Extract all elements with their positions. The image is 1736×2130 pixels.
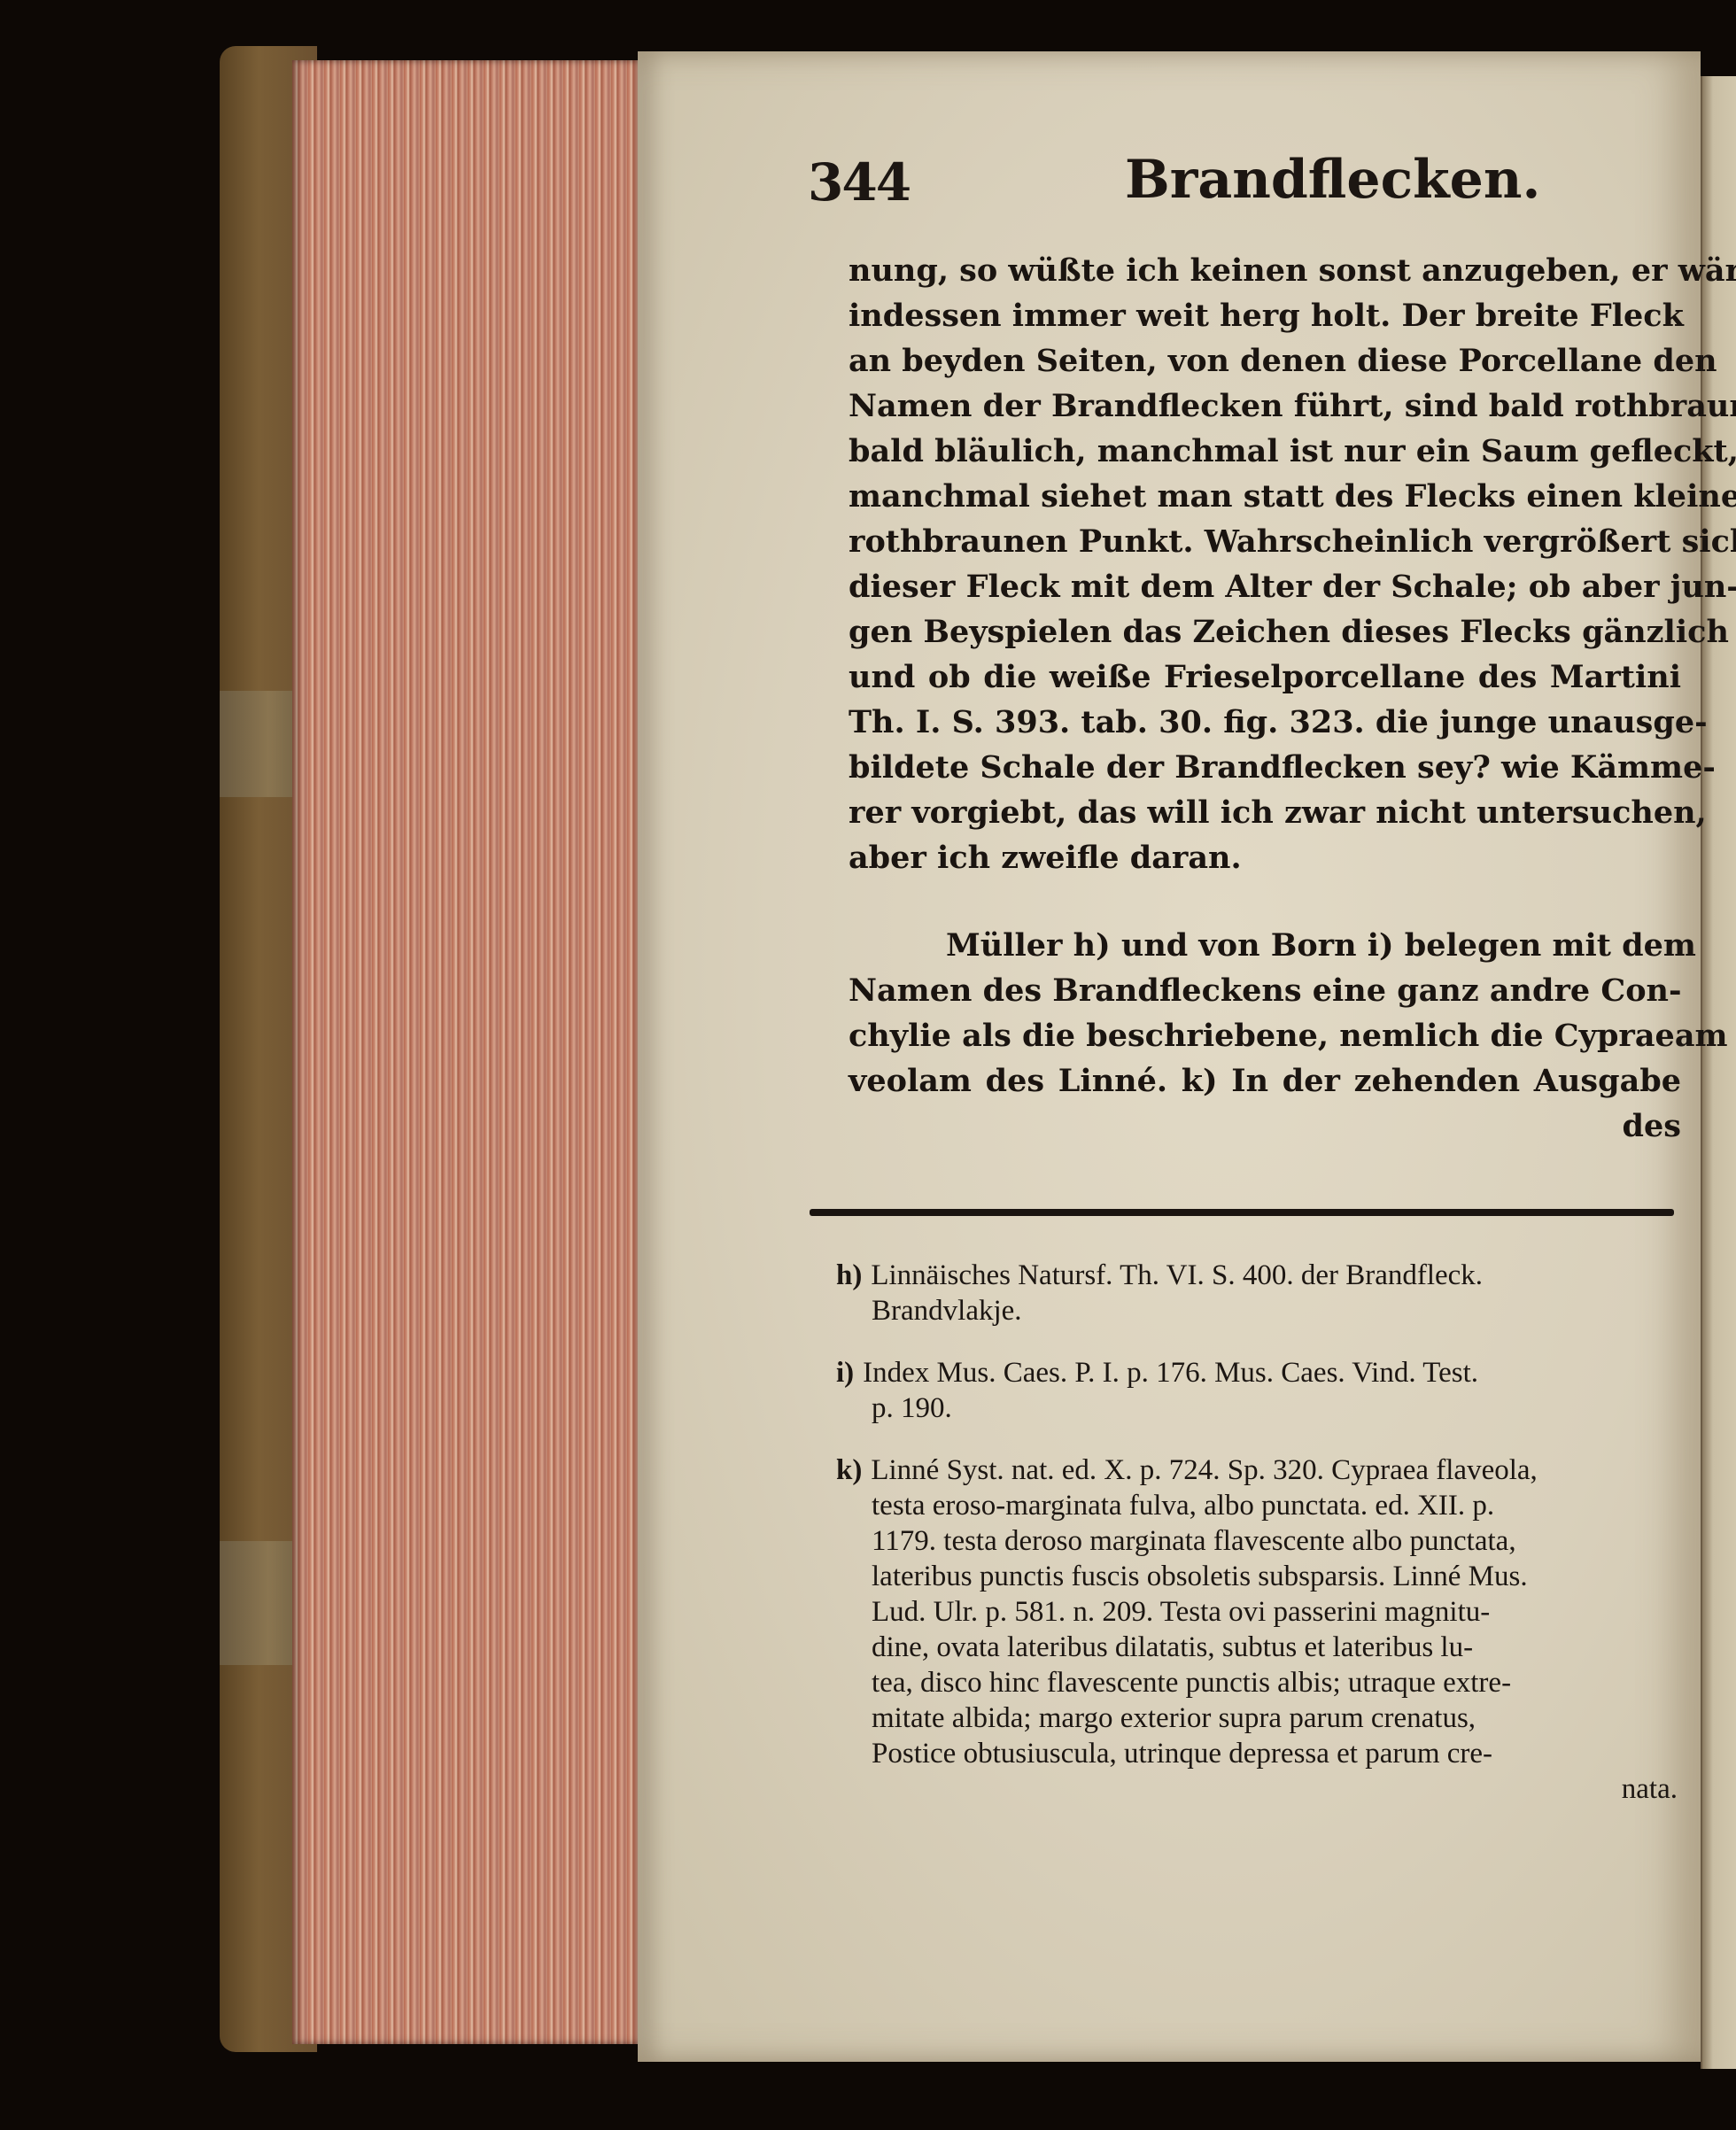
footnote-rule — [810, 1209, 1674, 1216]
text-line: aber ich zweifle daran. — [849, 835, 1681, 880]
body-paragraph-2: Müller h) und von Born i) belegen mit de… — [849, 923, 1681, 1149]
footnote-label: i) — [836, 1357, 854, 1389]
text-line: und ob die weiße Frieselporcellane des M… — [849, 654, 1681, 700]
page-edges — [292, 60, 639, 2044]
text-line: bald bläulich, manchmal ist nur ein Saum… — [849, 429, 1681, 474]
text-line: Müller h) und von Born i) belegen mit de… — [849, 923, 1681, 968]
footnote-text: Index Mus. Caes. P. I. p. 176. Mus. Caes… — [863, 1357, 1478, 1389]
text-line: bildete Schale der Brandflecken sey? wie… — [849, 745, 1681, 790]
text-line: rothbraunen Punkt. Wahrscheinlich vergrö… — [849, 519, 1681, 564]
footnote-k: k)Linné Syst. nat. ed. X. p. 724. Sp. 32… — [836, 1452, 1678, 1807]
running-head: Brandflecken. — [1125, 149, 1540, 211]
footnote-text: mitate albida; margo exterior supra paru… — [836, 1700, 1678, 1736]
footnote-text: dine, ovata lateribus dilatatis, subtus … — [836, 1630, 1678, 1665]
footnote-label: h) — [836, 1259, 862, 1291]
footnote-text: Linnäisches Natursf. Th. VI. S. 400. der… — [871, 1259, 1483, 1291]
text-line: an beyden Seiten, von denen diese Porcel… — [849, 338, 1681, 383]
text-line: Namen der Brandflecken führt, sind bald … — [849, 383, 1681, 429]
text-line: chylie als die beschriebene, nemlich die… — [849, 1013, 1681, 1058]
text-line: manchmal siehet man statt des Flecks ein… — [849, 474, 1681, 519]
page-number: 344 — [808, 152, 910, 213]
footnote-text: Postice obtusiuscula, utrinque depressa … — [836, 1736, 1678, 1771]
footnote-label: k) — [836, 1454, 862, 1486]
footnote-text: 1179. testa deroso marginata flavescente… — [836, 1523, 1678, 1559]
footnote-text: p. 190. — [836, 1390, 1678, 1426]
text-line: nung, so wüßte ich keinen sonst anzugebe… — [849, 248, 1681, 293]
text-line: Namen des Brandfleckens eine ganz andre … — [849, 968, 1681, 1013]
footnote-h: h)Linnäisches Natursf. Th. VI. S. 400. d… — [836, 1258, 1678, 1328]
footnote-text: Brandvlakje. — [836, 1293, 1678, 1328]
footnote-text: Lud. Ulr. p. 581. n. 209. Testa ovi pass… — [836, 1594, 1678, 1630]
text-line: veolam des Linné. k) In der zehenden Aus… — [849, 1058, 1681, 1104]
text-line: rer vorgiebt, das will ich zwar nicht un… — [849, 790, 1681, 835]
footnotes: h)Linnäisches Natursf. Th. VI. S. 400. d… — [836, 1258, 1678, 1833]
text-line: dieser Fleck mit dem Alter der Schale; o… — [849, 564, 1681, 609]
body-paragraph-1: nung, so wüßte ich keinen sonst anzugebe… — [849, 248, 1681, 880]
footnote-text: tea, disco hinc flavescente punctis albi… — [836, 1665, 1678, 1700]
text-line: indessen immer weit herg holt. Der breit… — [849, 293, 1681, 338]
catchword: des — [849, 1104, 1681, 1149]
footnote-text: testa eroso-marginata fulva, albo puncta… — [836, 1488, 1678, 1523]
footnote-text: Linné Syst. nat. ed. X. p. 724. Sp. 320.… — [871, 1454, 1537, 1486]
footnote-i: i)Index Mus. Caes. P. I. p. 176. Mus. Ca… — [836, 1355, 1678, 1426]
text-line: Th. I. S. 393. tab. 30. fig. 323. die ju… — [849, 700, 1681, 745]
text-line: gen Beyspielen das Zeichen dieses Flecks… — [849, 609, 1681, 654]
footnote-text: nata. — [836, 1771, 1678, 1807]
footnote-text: lateribus punctis fuscis obsoletis subsp… — [836, 1559, 1678, 1594]
